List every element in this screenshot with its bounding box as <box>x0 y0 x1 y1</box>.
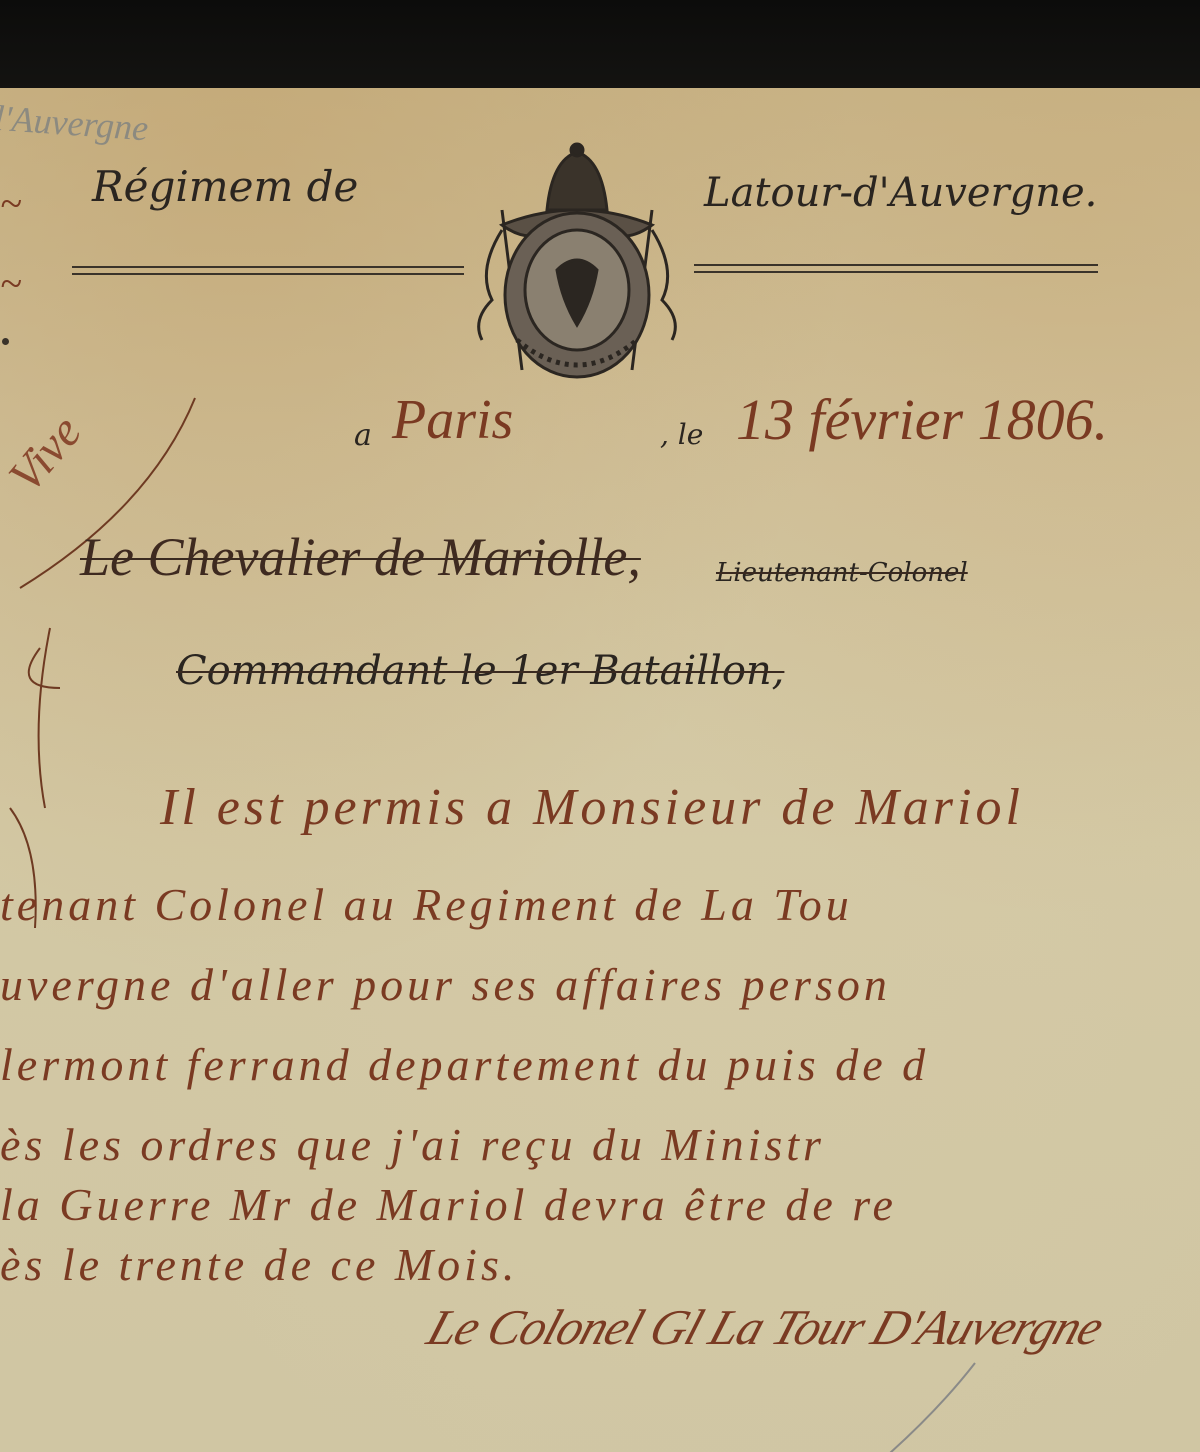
date-prefix: , le <box>660 418 703 451</box>
margin-mark: ~ <box>0 180 22 227</box>
body-line-3: uvergne d'aller pour ses affaires person <box>0 958 891 1011</box>
signature: Le Colonel Gl La Tour D'Auvergne <box>421 1298 1111 1356</box>
photo-background-frame <box>0 0 1200 90</box>
body-line-6: la Guerre Mr de Mariol devra être de re <box>0 1178 897 1231</box>
margin-mark: ~ <box>0 260 22 307</box>
body-line-4: lermont ferrand departement du puis de d <box>0 1038 929 1091</box>
body-line-2: tenant Colonel au Regiment de La Tou <box>0 878 853 931</box>
letterhead-right: Latour-d'Auvergne. <box>704 170 1097 216</box>
addressee-title-struck: Lieutenant-Colonel <box>716 558 968 588</box>
imperial-coat-of-arms-icon <box>462 140 692 390</box>
margin-dot <box>2 338 9 345</box>
letterhead-left: Régimem de <box>92 162 358 211</box>
document-paper: l'Auvergne ~ ~ Régimem de Latour-d'Auver… <box>0 88 1200 1452</box>
letterhead-rule-left <box>72 273 464 275</box>
body-line-7: ès le trente de ce Mois. <box>0 1238 518 1291</box>
letterhead-rule-left <box>72 266 464 268</box>
body-line-1: Il est permis a Monsieur de Mariol <box>160 778 1024 837</box>
body-line-5: ès les ordres que j'ai reçu du Ministr <box>0 1118 825 1171</box>
place-prefix: a <box>354 418 372 453</box>
pencil-stroke <box>880 1358 1000 1452</box>
addressee-command-struck: Commandant le 1er Bataillon, <box>176 648 784 694</box>
place-name: Paris <box>392 388 513 452</box>
addressee-name-struck: Le Chevalier de Mariolle, <box>80 526 641 588</box>
letterhead-rule-right <box>694 271 1098 273</box>
letterhead-rule-right <box>694 264 1098 266</box>
pencil-annotation: l'Auvergne <box>0 97 150 150</box>
date-value: 13 février 1806. <box>736 386 1108 453</box>
